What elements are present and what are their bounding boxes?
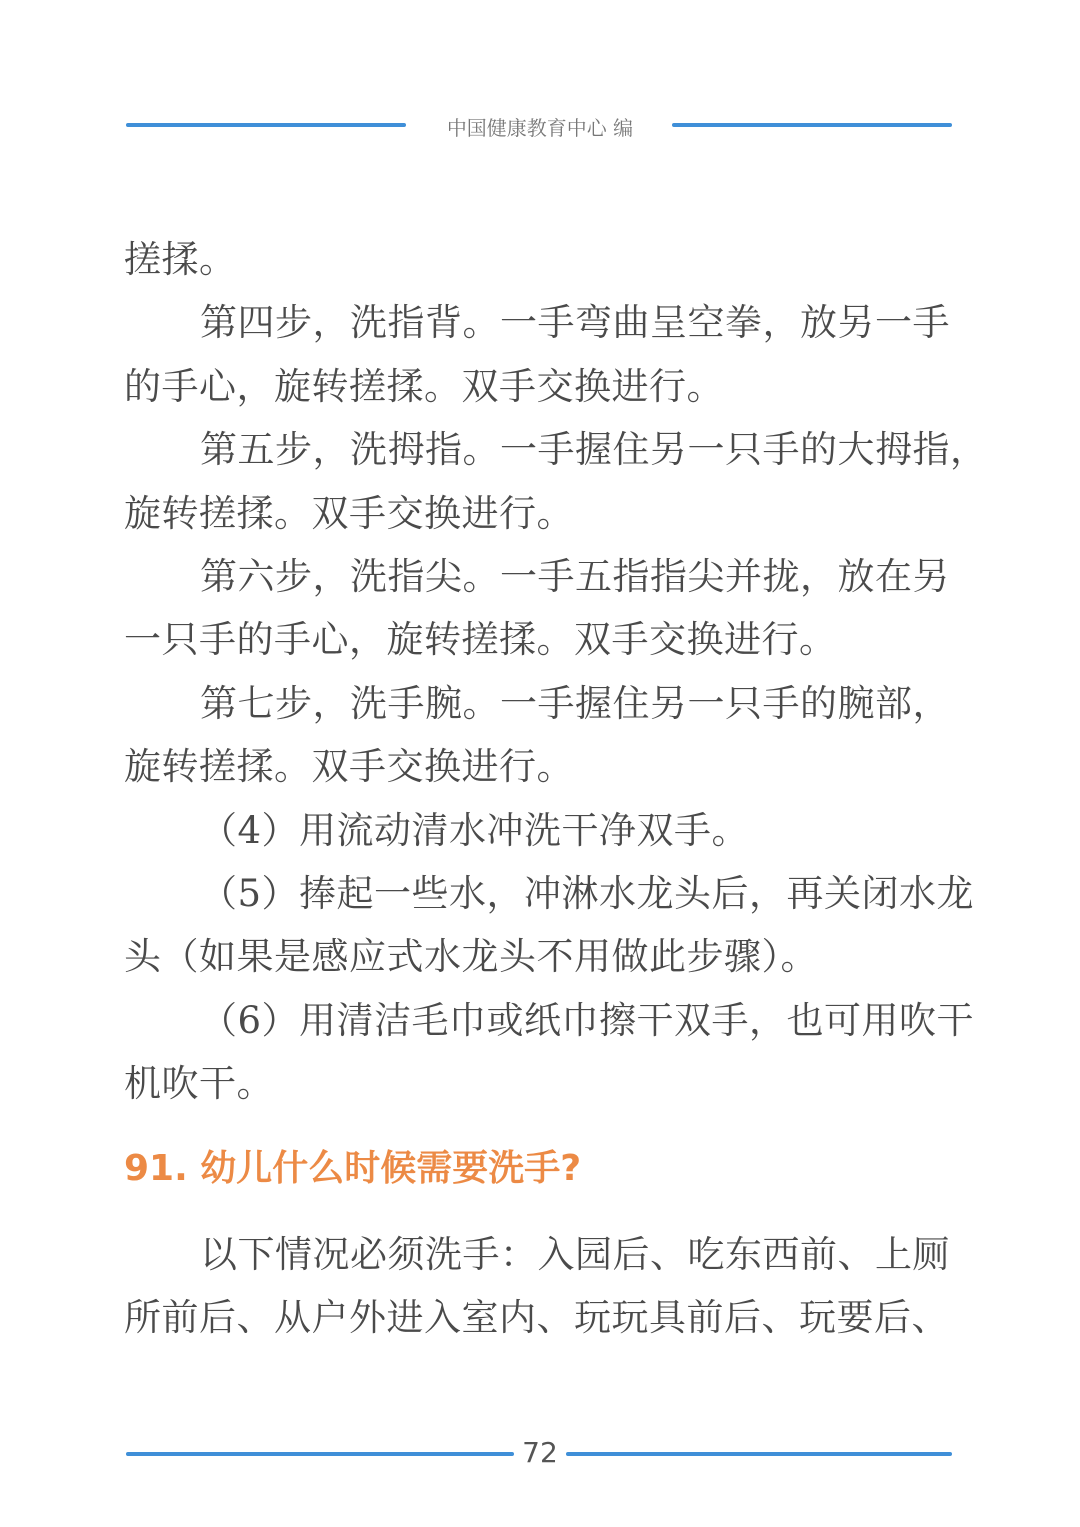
text-line: 旋转搓揉。双手交换进行。 xyxy=(124,735,964,798)
text-line: 搓揉。 xyxy=(124,228,964,291)
text-line: （6）用清洁毛巾或纸巾擦干双手，也可用吹干 xyxy=(124,989,964,1052)
text-line: 第五步，洗拇指。一手握住另一只手的大拇指， xyxy=(124,418,964,481)
section-heading: 91. 幼儿什么时候需要洗手? xyxy=(124,1140,581,1191)
section-body-text: 以下情况必须洗手：入园后、吃东西前、上厕 所前后、从户外进入室内、玩玩具前后、玩… xyxy=(124,1223,964,1350)
text-line: （4）用流动清水冲洗干净双手。 xyxy=(124,799,964,862)
text-line: 第七步，洗手腕。一手握住另一只手的腕部， xyxy=(124,672,964,735)
text-line: 一只手的手心，旋转搓揉。双手交换进行。 xyxy=(124,608,964,671)
text-line: 头（如果是感应式水龙头不用做此步骤）。 xyxy=(124,925,964,988)
text-line: 第六步，洗指尖。一手五指指尖并拢，放在另 xyxy=(124,545,964,608)
text-line: 的手心，旋转搓揉。双手交换进行。 xyxy=(124,355,964,418)
text-line: 机吹干。 xyxy=(124,1052,964,1115)
text-line: 以下情况必须洗手：入园后、吃东西前、上厕 xyxy=(124,1223,964,1286)
text-line: 所前后、从户外进入室内、玩玩具前后、玩要后、 xyxy=(124,1286,964,1349)
text-line: 第四步，洗指背。一手弯曲呈空拳，放另一手 xyxy=(124,291,964,354)
text-line: 旋转搓揉。双手交换进行。 xyxy=(124,482,964,545)
footer-rule-right xyxy=(566,1452,952,1456)
text-line: （5）捧起一些水，冲淋水龙头后，再关闭水龙 xyxy=(124,862,964,925)
header-rule-right xyxy=(672,123,952,127)
body-text: 搓揉。 第四步，洗指背。一手弯曲呈空拳，放另一手 的手心，旋转搓揉。双手交换进行… xyxy=(124,228,964,1115)
